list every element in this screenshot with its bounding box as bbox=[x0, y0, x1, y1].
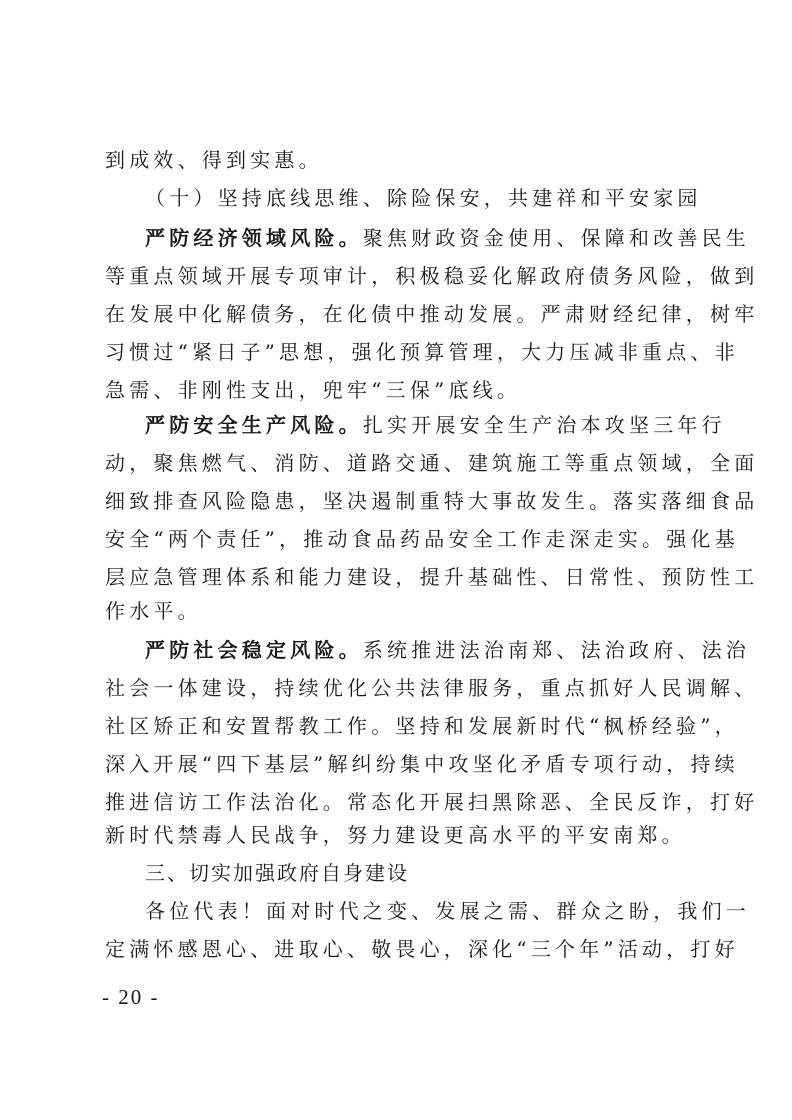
line-text: 等重点领域开展专项审计，积极稳妥化解政府债务风险，做到 bbox=[105, 264, 758, 288]
text-line: 急需、非刚性支出，兜牢“三保”底线。 bbox=[105, 378, 687, 402]
paragraph-social-risk-start: 严防社会稳定风险。系统推进法治南郑、法治政府、法治 bbox=[145, 638, 687, 662]
line-text: 系统推进法治南郑、法治政府、法治 bbox=[363, 638, 750, 662]
text-line: 定满怀感恩心、进取心、敬畏心，深化“三个年”活动，打好 bbox=[105, 937, 687, 961]
text-line: 社区矫正和安置帮教工作。坚持和发展新时代“枫桥经验”， bbox=[105, 714, 687, 738]
line-text: 定满怀感恩心、进取心、敬畏心，深化“三个年”活动，打好 bbox=[105, 937, 739, 961]
text-line: 习惯过“紧日子”思想，强化预算管理，大力压减非重点、非 bbox=[105, 340, 687, 364]
line-text: 聚焦财政资金使用、保障和改善民生 bbox=[363, 226, 750, 250]
heading-text: 三、切实加强政府自身建设 bbox=[145, 861, 409, 885]
line-text: 新时代禁毒人民战争，努力建设更高水平的平安南郑。 bbox=[105, 823, 686, 847]
subheading-text: （十）坚持底线思维、除险保安，共建祥和平安家园 bbox=[145, 186, 702, 210]
text-line: 在发展中化解债务，在化债中推动发展。严肃财经纪律，树牢 bbox=[105, 302, 687, 326]
text-line: 推进信访工作法治化。常态化开展扫黑除恶、全民反诈，打好 bbox=[105, 790, 687, 814]
line-text: 社会一体建设，持续优化公共法律服务，重点抓好人民调解、 bbox=[105, 676, 758, 700]
text-line: 深入开展“四下基层”解纠纷集中攻坚化矛盾专项行动，持续 bbox=[105, 752, 687, 776]
line-text: 动，聚焦燃气、消防、道路交通、建筑施工等重点领域，全面 bbox=[105, 451, 758, 475]
text-line: 层应急管理体系和能力建设，提升基础性、日常性、预防性工 bbox=[105, 565, 687, 589]
line-text: 到成效、得到实惠。 bbox=[105, 148, 323, 172]
paragraph-lead: 严防社会稳定风险。 bbox=[145, 638, 363, 662]
text-line: 细致排查风险隐患，坚决遏制重特大事故发生。落实落细食品 bbox=[105, 489, 687, 513]
text-line: 新时代禁毒人民战争，努力建设更高水平的平安南郑。 bbox=[105, 823, 687, 847]
line-text: 各位代表！面对时代之变、发展之需、群众之盼，我们一 bbox=[145, 899, 750, 923]
line-text: 扎实开展安全生产治本攻坚三年行 bbox=[363, 413, 726, 437]
text-line: 作水平。 bbox=[105, 599, 687, 623]
section-subheading: （十）坚持底线思维、除险保安，共建祥和平安家园 bbox=[145, 186, 687, 210]
line-text: 在发展中化解债务，在化债中推动发展。严肃财经纪律，树牢 bbox=[105, 302, 758, 326]
line-text: 急需、非刚性支出，兜牢“三保”底线。 bbox=[105, 378, 521, 402]
line-text: 细致排查风险隐患，坚决遏制重特大事故发生。落实落细食品 bbox=[105, 489, 758, 513]
paragraph-lead: 严防安全生产风险。 bbox=[145, 413, 363, 437]
line-text: 习惯过“紧日子”思想，强化预算管理，大力压减非重点、非 bbox=[105, 340, 739, 364]
paragraph-safety-risk-start: 严防安全生产风险。扎实开展安全生产治本攻坚三年行 bbox=[145, 413, 687, 437]
text-line: 安全“两个责任”，推动食品药品安全工作走深走实。强化基 bbox=[105, 527, 687, 551]
page-number: - 20 - bbox=[102, 985, 160, 1010]
line-text: 推进信访工作法治化。常态化开展扫黑除恶、全民反诈，打好 bbox=[105, 790, 758, 814]
paragraph-economic-risk-start: 严防经济领域风险。聚焦财政资金使用、保障和改善民生 bbox=[145, 226, 687, 250]
paragraph-lead: 严防经济领域风险。 bbox=[145, 226, 363, 250]
line-text: 层应急管理体系和能力建设，提升基础性、日常性、预防性工 bbox=[105, 565, 758, 589]
text-line: 动，聚焦燃气、消防、道路交通、建筑施工等重点领域，全面 bbox=[105, 451, 687, 475]
text-line: 等重点领域开展专项审计，积极稳妥化解政府债务风险，做到 bbox=[105, 264, 687, 288]
line-text: 深入开展“四下基层”解纠纷集中攻坚化矛盾专项行动，持续 bbox=[105, 752, 739, 776]
text-line: 社会一体建设，持续优化公共法律服务，重点抓好人民调解、 bbox=[105, 676, 687, 700]
line-text: 社区矫正和安置帮教工作。坚持和发展新时代“枫桥经验”， bbox=[105, 714, 739, 738]
document-page: 到成效、得到实惠。 （十）坚持底线思维、除险保安，共建祥和平安家园 严防经济领域… bbox=[0, 0, 792, 1120]
text-line: 各位代表！面对时代之变、发展之需、群众之盼，我们一 bbox=[145, 899, 687, 923]
section-heading: 三、切实加强政府自身建设 bbox=[145, 861, 687, 885]
line-text: 作水平。 bbox=[105, 599, 202, 623]
line-text: 安全“两个责任”，推动食品药品安全工作走深走实。强化基 bbox=[105, 527, 739, 551]
text-line: 到成效、得到实惠。 bbox=[105, 148, 687, 172]
